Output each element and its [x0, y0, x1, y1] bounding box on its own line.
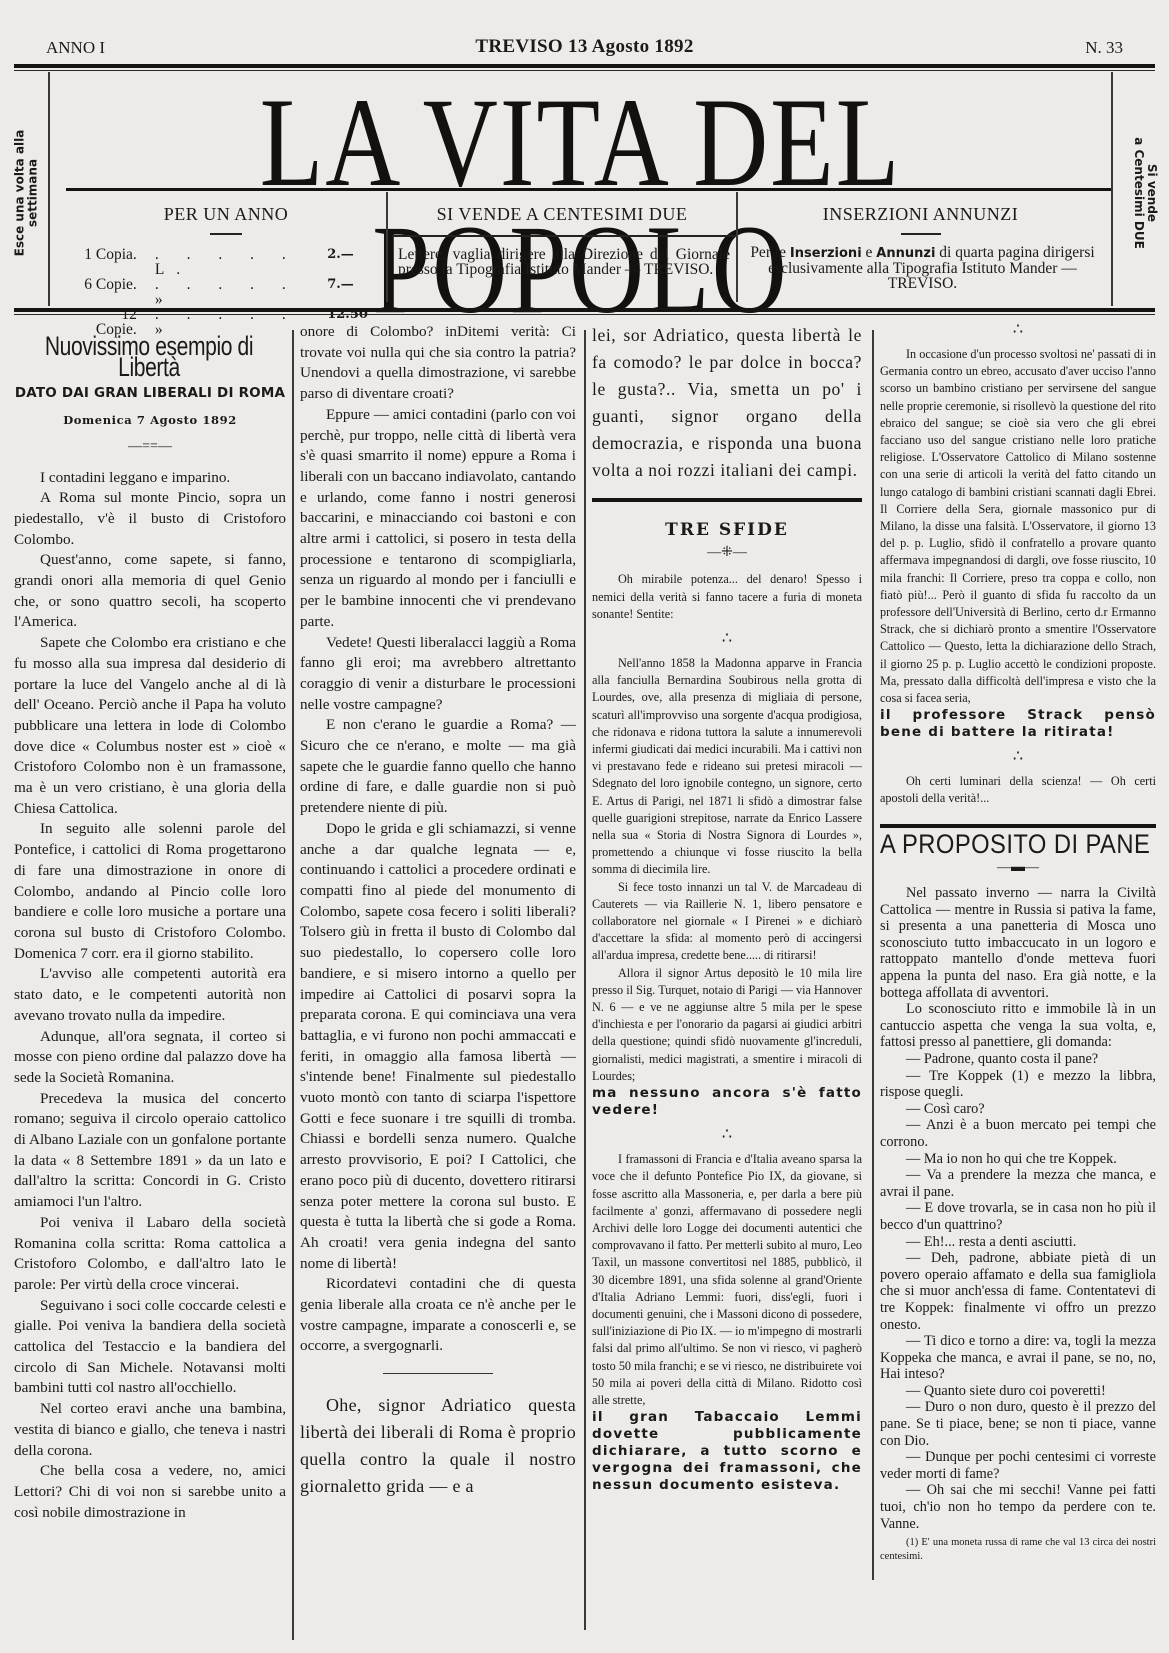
dialogue-line: — Eh!... resta a denti asciutti.	[880, 1234, 1156, 1251]
paragraph: Ricordatevi contadini che di questa geni…	[300, 1274, 576, 1357]
column-1: Nuovissimo esempio di Libertà DATO DAI G…	[14, 322, 286, 1523]
dialogue-line: — Deh, padrone, abbiate pietà di un pove…	[880, 1250, 1156, 1333]
paragraph: Poi veniva il Labaro della società Roman…	[14, 1213, 286, 1296]
paragraph: Che bella cosa a vedere, no, amici Letto…	[14, 1461, 286, 1523]
top-rule-thin	[14, 70, 1155, 71]
paragraph: Nel passato inverno — narra la Civiltà C…	[880, 885, 1156, 1001]
dialogue-line: — Ma io non ho qui che tre Koppek.	[880, 1151, 1156, 1168]
side-right-line1: Si vende	[1145, 137, 1158, 249]
paragraph: Lo sconosciuto ritto e immobile là in un…	[880, 1001, 1156, 1051]
ornament: —▬—	[880, 858, 1156, 879]
paragraph: Oh certi luminari della scienza! — Oh ce…	[880, 773, 1156, 807]
triple-dot-ornament: ∴	[880, 322, 1156, 338]
masthead-rule	[66, 188, 1111, 191]
side-note-right: Si vende a Centesimi DUE	[1125, 85, 1165, 300]
sale-box: SI VENDE A CENTESIMI DUE Lettere, vaglia…	[386, 192, 736, 302]
price-row: 1 Copia. . . . . . L. 2.—	[80, 247, 386, 277]
paragraph: Allora il signor Artus depositò le 10 mi…	[592, 965, 862, 1085]
paragraph: I framassoni di Francia e d'Italia avean…	[592, 1151, 862, 1409]
dateline-bar: ANNO I TREVISO 13 Agosto 1892 N. 33	[46, 36, 1123, 62]
ornament: —⁜—	[592, 543, 862, 564]
paragraph: onore di Colombo? inDitemi verità: Ci tr…	[300, 322, 576, 405]
dialogue-line: — Padrone, quanto costa il pane?	[880, 1051, 1156, 1068]
side-note-left: Esce una volta alla settimana	[6, 85, 46, 300]
paragraph: E non c'erano le guardie a Roma? — Sicur…	[300, 715, 576, 819]
section-rule	[592, 498, 862, 502]
paragraph: Eppure — amici contadini (parlo con voi …	[300, 405, 576, 633]
paragraph: Sapete che Colombo era cristiano e che f…	[14, 633, 286, 819]
column-3: lei, sor Adriatico, questa libertà le fa…	[592, 322, 862, 1494]
side-left-line2: settimana	[26, 129, 39, 256]
paragraph: Nel corteo eravi anche una bambina, vest…	[14, 1399, 286, 1461]
section-title: A PROPOSITO DI PANE	[880, 834, 1123, 855]
issue-number: N. 33	[1085, 38, 1123, 58]
paragraph: Oh mirabile potenza... del denaro! Spess…	[592, 571, 862, 623]
paragraph: Adunque, all'ora segnata, il corteo si m…	[14, 1027, 286, 1089]
top-rule	[14, 64, 1155, 68]
dialogue-line: — Dunque per pochi centesimi ci vorreste…	[880, 1449, 1156, 1482]
subscription-heading: PER UN ANNO	[66, 204, 386, 225]
issue-date: TREVISO 13 Agosto 1892	[46, 36, 1123, 58]
dialogue-line: — Tre Koppek (1) e mezzo la libbra, risp…	[880, 1068, 1156, 1101]
dialogue-line: — Ti dico e torno a dire: va, togli la m…	[880, 1333, 1156, 1383]
masthead-box: LA VITA DEL POPOLO PER UN ANNO 1 Copia. …	[48, 72, 1113, 306]
emphasis-text: il gran Tabaccaio Lemmi dovette pubblica…	[592, 1409, 862, 1494]
ornament: —==—	[14, 437, 286, 458]
triple-dot-ornament: ∴	[592, 1127, 862, 1143]
sale-heading: SI VENDE A CENTESIMI DUE	[388, 204, 736, 225]
section-title: TRE SFIDE	[592, 520, 862, 541]
paragraph: Quest'anno, come sapete, si fanno, grand…	[14, 550, 286, 633]
dialogue-line: — Duro o non duro, questo è il prezzo de…	[880, 1399, 1156, 1449]
dialogue-line: — Anzi è a buon mercato pei tempi che co…	[880, 1117, 1156, 1150]
column-4: ∴ In occasione d'un processo svoltosi ne…	[880, 322, 1156, 1564]
paragraph: Dopo le grida e gli schiamazzi, si venne…	[300, 819, 576, 1274]
emphasis-text: il professore Strack pensò bene di batte…	[880, 707, 1156, 741]
article-subtitle: DATO DAI GRAN LIBERALI DI ROMA	[14, 383, 286, 404]
dialogue-line: — Così caro?	[880, 1101, 1156, 1118]
masthead-bottom-rule-thin	[14, 314, 1155, 315]
paragraph: In occasione d'un processo svoltosi ne' …	[880, 346, 1156, 707]
article-dateline: Domenica 7 Agosto 1892	[14, 410, 286, 431]
ads-box: INSERZIONI ANNUNZI Per le Inserzioni e A…	[736, 192, 1103, 302]
dialogue-line: — Quanto siete duro coi poveretti!	[880, 1383, 1156, 1400]
paragraph: Si fece tosto innanzi un tal V. de Marca…	[592, 879, 862, 965]
ornament-rule	[210, 233, 242, 235]
paragraph: A Roma sul monte Pincio, sopra un piedes…	[14, 488, 286, 550]
adriatico-continued: lei, sor Adriatico, questa libertà le fa…	[592, 322, 862, 484]
side-left-line1: Esce una volta alla	[13, 129, 26, 256]
ads-heading: INSERZIONI ANNUNZI	[738, 204, 1103, 225]
column-divider	[292, 330, 294, 1640]
adriatico-paragraph: Ohe, signor Adriatico questa libertà dei…	[300, 1392, 576, 1500]
paragraph: In seguito alle solenni parole del Ponte…	[14, 819, 286, 964]
masthead-bottom-rule	[14, 308, 1155, 312]
price-row: 6 Copie. . . . . . » 7.—	[80, 277, 386, 307]
triple-dot-ornament: ∴	[592, 631, 862, 647]
dialogue-line: — Va a prendere la mezza che manca, e av…	[880, 1167, 1156, 1200]
triple-dot-ornament: ∴	[880, 749, 1156, 765]
paragraph: I contadini leggano e imparino.	[14, 468, 286, 489]
subscription-box: PER UN ANNO 1 Copia. . . . . . L. 2.— 6 …	[66, 192, 386, 302]
footnote: (1) E' una moneta russa di rame che val …	[880, 1536, 1156, 1564]
paragraph: Seguivano i soci colle coccarde celesti …	[14, 1296, 286, 1400]
ads-text: Per le Inserzioni e Annunzi di quarta pa…	[738, 235, 1103, 291]
sale-text: Lettere, vaglia dirigere alla Direzione …	[388, 237, 736, 277]
paragraph: L'avviso alle competenti autorità era st…	[14, 964, 286, 1026]
column-2: onore di Colombo? inDitemi verità: Ci tr…	[300, 322, 576, 1500]
side-right-line2: a Centesimi DUE	[1132, 137, 1145, 249]
paragraph: Precedeva la musica del concerto romano;…	[14, 1089, 286, 1213]
section-rule	[880, 824, 1156, 828]
paragraph: Vedete! Questi liberalacci laggiù a Roma…	[300, 633, 576, 716]
emphasis-text: ma nessuno ancora s'è fatto vedere!	[592, 1085, 862, 1119]
column-divider	[872, 330, 874, 1580]
separator	[383, 1373, 493, 1374]
newspaper-page: ANNO I TREVISO 13 Agosto 1892 N. 33 Esce…	[0, 0, 1169, 1653]
dialogue-line: — Oh sai che mi secchi! Vanne pei fatti …	[880, 1482, 1156, 1532]
paragraph: Nell'anno 1858 la Madonna apparve in Fra…	[592, 655, 862, 879]
info-row: PER UN ANNO 1 Copia. . . . . . L. 2.— 6 …	[66, 192, 1103, 302]
dialogue-line: — E dove trovarla, se in casa non ho più…	[880, 1200, 1156, 1233]
column-divider	[584, 330, 586, 1630]
article-title: Nuovissimo esempio di Libertà	[20, 336, 277, 377]
